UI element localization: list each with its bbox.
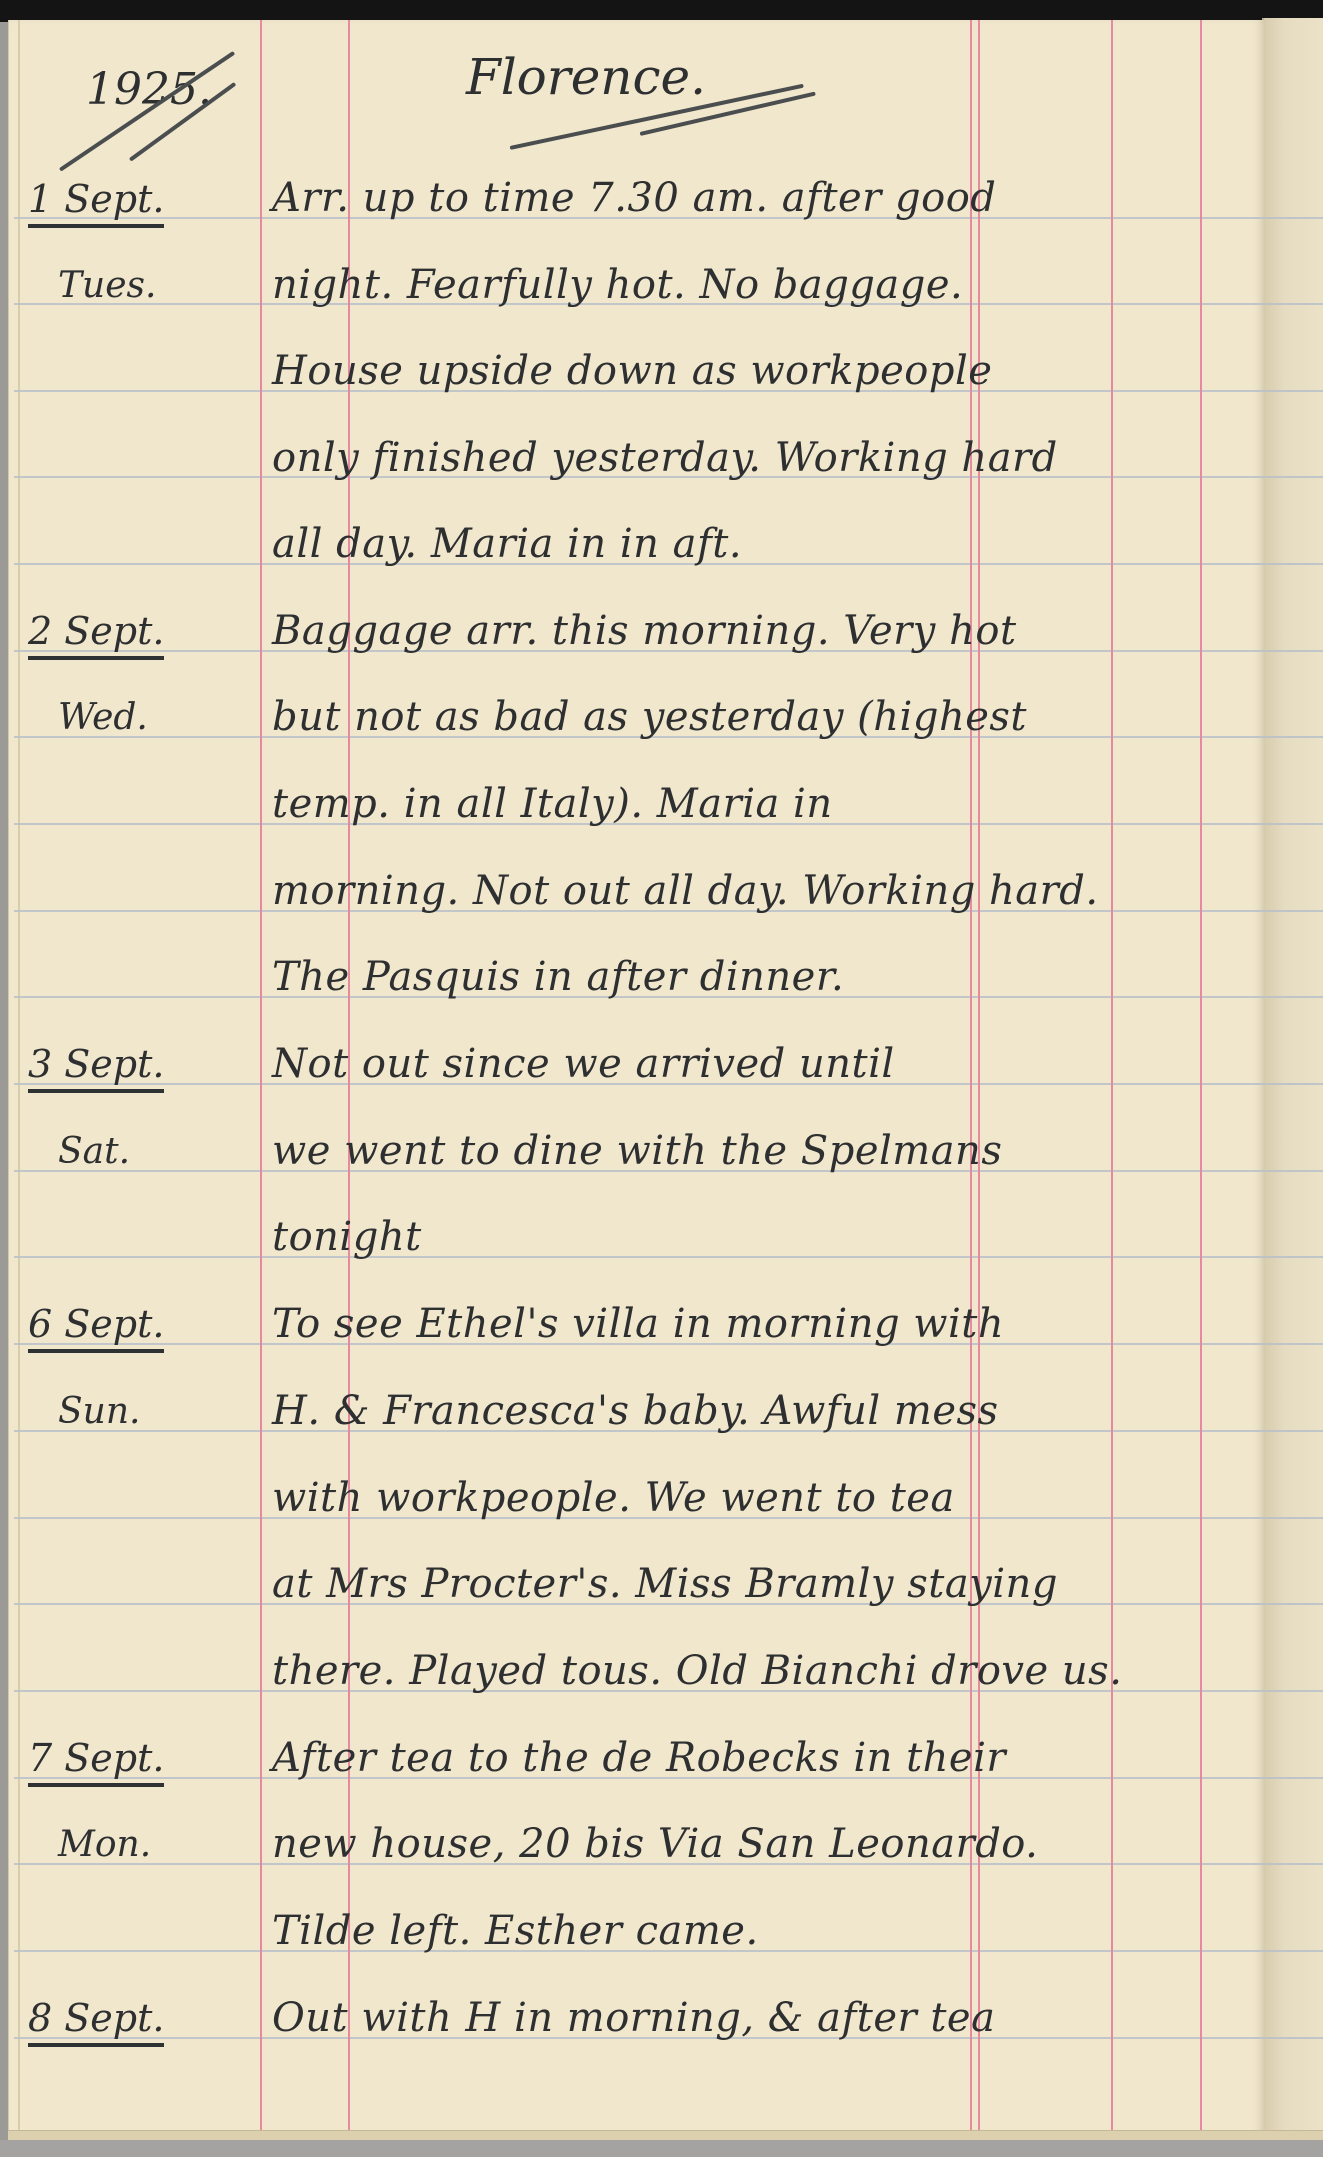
entry-line: After tea to the de Robecks in their <box>272 1738 1006 1778</box>
entry-line: Tilde left. Esther came. <box>272 1911 759 1951</box>
entry-weekday: Mon. <box>58 1827 151 1863</box>
scan-top-border <box>0 0 1323 22</box>
diary-place-heading: Florence. <box>466 52 706 102</box>
entry-line: Baggage arr. this morning. Very hot <box>272 611 1017 651</box>
entry-date: 8 Sept. <box>28 1999 228 2047</box>
entry-line: at Mrs Procter's. Miss Bramly staying <box>272 1564 1058 1604</box>
entry-line: The Pasquis in after dinner. <box>272 957 844 997</box>
entry-line: To see Ethel's villa in morning with <box>272 1304 1004 1344</box>
entry-date: 1 Sept. <box>28 180 228 228</box>
entry-line: but not as bad as yesterday (highest <box>272 697 1027 737</box>
margin-line-col-d <box>1200 20 1202 2130</box>
entry-line: H. & Francesca's baby. Awful mess <box>272 1391 999 1431</box>
entry-date: 3 Sept. <box>28 1045 228 1093</box>
entry-line: all day. Maria in in aft. <box>272 524 742 564</box>
entry-line: with workpeople. We went to tea <box>272 1478 955 1518</box>
entry-line: tonight <box>272 1217 422 1257</box>
entry-date: 7 Sept. <box>28 1739 228 1787</box>
entry-line: there. Played tous. Old Bianchi drove us… <box>272 1651 1122 1691</box>
entry-weekday: Wed. <box>58 700 148 736</box>
margin-line-col-b <box>978 20 980 2130</box>
entry-weekday: Sat. <box>58 1134 130 1170</box>
entry-line: morning. Not out all day. Working hard. <box>272 871 1099 911</box>
entry-line: Arr. up to time 7.30 am. after good <box>272 178 996 218</box>
page-inner-edge <box>18 20 20 2130</box>
entry-line: Out with H in morning, & after tea <box>272 1998 995 2038</box>
entry-line: only finished yesterday. Working hard <box>272 438 1058 478</box>
margin-line-col-a <box>970 20 972 2130</box>
entry-date: 6 Sept. <box>28 1305 228 1353</box>
entry-line: night. Fearfully hot. No baggage. <box>272 265 963 305</box>
entry-weekday: Tues. <box>58 268 156 304</box>
entry-line: new house, 20 bis Via San Leonardo. <box>272 1824 1038 1864</box>
entry-line: House upside down as workpeople <box>272 351 992 391</box>
entry-line: Not out since we arrived until <box>272 1044 895 1084</box>
entry-date: 2 Sept. <box>28 612 228 660</box>
margin-line-date <box>260 20 262 2130</box>
diary-year: 1925. <box>86 68 212 112</box>
margin-line-col-c <box>1111 20 1113 2130</box>
entry-weekday: Sun. <box>58 1394 140 1430</box>
entry-line: temp. in all Italy). Maria in <box>272 784 833 824</box>
scan-bottom-background <box>0 2140 1323 2157</box>
entry-line: we went to dine with the Spelmans <box>272 1131 1002 1171</box>
next-page-edge <box>1262 18 1323 2138</box>
rule-line <box>14 1256 1323 1258</box>
